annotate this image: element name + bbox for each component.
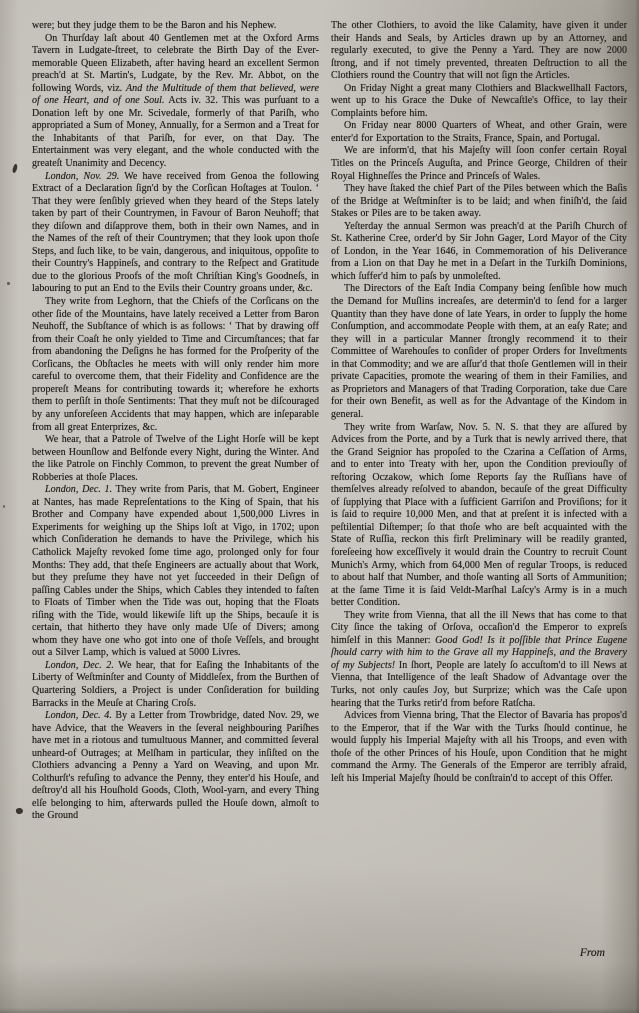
paragraph: They write from Leghorn, that the Chiefs… — [32, 296, 319, 434]
newspaper-page: were; but they judge them to be the Baro… — [0, 0, 639, 1013]
paragraph: London, Dec. 4. By a Letter from Trowbri… — [32, 710, 319, 823]
paragraph: On Thurſday laſt about 40 Gentlemen met … — [32, 33, 319, 171]
paragraph: London, Nov. 29. We have received from G… — [32, 171, 319, 296]
paragraph: London, Dec. 1. They write from Paris, t… — [32, 484, 319, 660]
ink-speck — [3, 505, 5, 508]
paragraph: They have ſtaked the chief Part of the P… — [331, 183, 627, 221]
paragraph: They write from Vienna, that all the ill… — [331, 610, 627, 710]
paragraph: We hear, that a Patrole of Twelve of the… — [32, 434, 319, 484]
ink-speck — [15, 807, 23, 814]
text-column-right: The other Clothiers, to avoid the like C… — [331, 20, 627, 992]
paragraph: We are inform'd, that his Majeſty will ſ… — [331, 145, 627, 183]
ink-speck — [12, 164, 19, 174]
paragraph: On Friday Night a great many Clothiers a… — [331, 83, 627, 121]
paragraph: were; but they judge them to be the Baro… — [32, 20, 319, 33]
paragraph: The other Clothiers, to avoid the like C… — [331, 20, 627, 83]
paragraph: They write from Warſaw, Nov. 5. N. S. th… — [331, 422, 627, 610]
text-column-left: were; but they judge them to be the Baro… — [32, 20, 319, 992]
ink-speck — [7, 282, 10, 285]
paragraph: Advices from Vienna bring, That the Elec… — [331, 710, 627, 785]
paragraph: The Directors of the Eaſt India Company … — [331, 283, 627, 421]
paragraph: On Friday near 8000 Quarters of Wheat, a… — [331, 120, 627, 145]
paragraph: Yeſterday the annual Sermon was preach'd… — [331, 221, 627, 284]
catchword: From — [580, 947, 605, 959]
paragraph: London, Dec. 2. We hear, that for Eaſing… — [32, 660, 319, 710]
